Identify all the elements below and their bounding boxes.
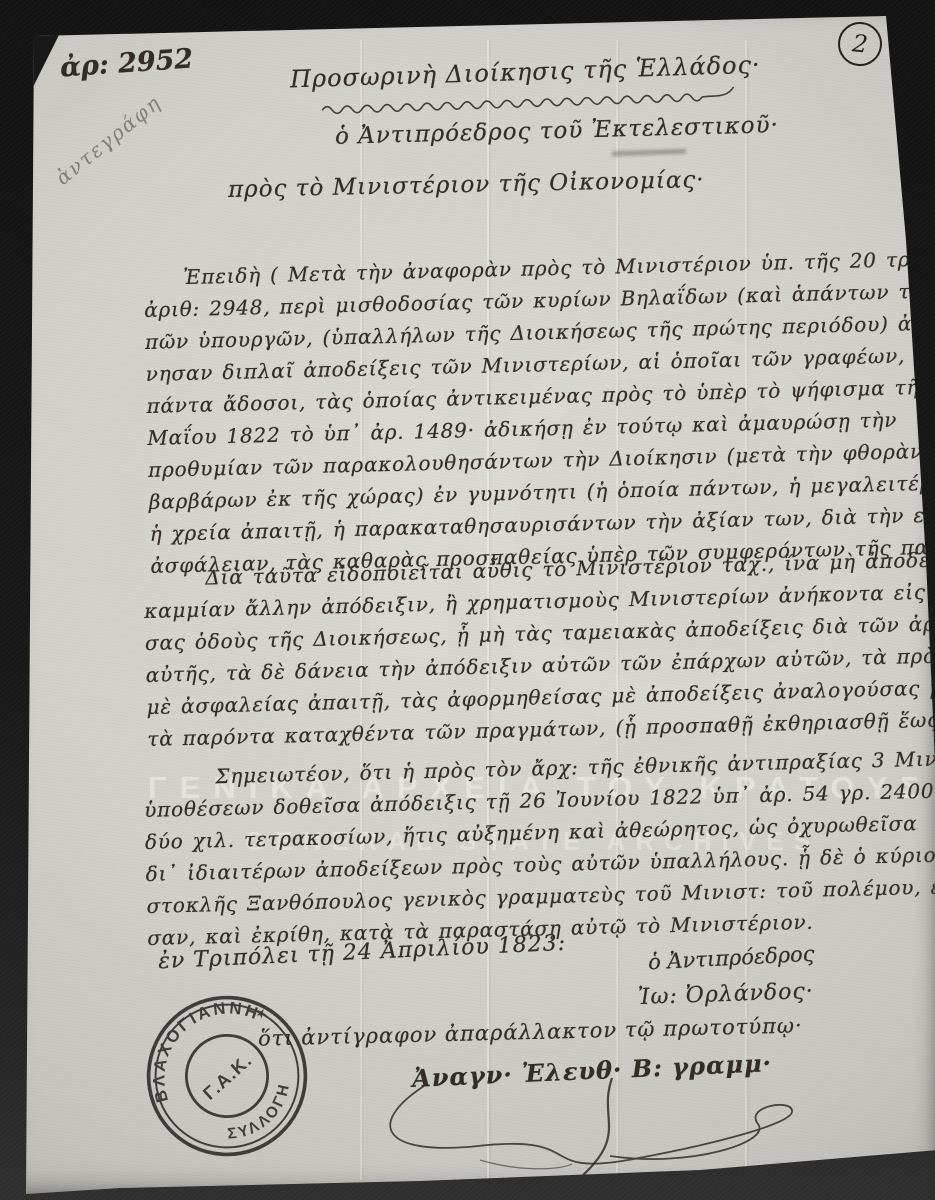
signature-title: ὁ Ἀντιπρόεδρος [647, 942, 815, 975]
corner-fold [30, 33, 60, 93]
collection-seal: ΒΛΑΧΟΓΙΑΝΝΗ ΣΥΛΛΟΓΗ Γ.Α.Κ. ★ [108, 957, 345, 1194]
pencil-annotation: ἀντεγράφη [51, 90, 166, 190]
page-number-badge: 2 [836, 20, 884, 68]
signature-name: Ἰω: Ὀρλάνδος· [638, 979, 815, 1010]
signature-flourish [360, 1072, 830, 1187]
recipient-line: πρὸς τὸ Μινιστέριον τῆς Οἰκονομίας· [228, 167, 705, 203]
certification-line: ὅτι ἀντίγραφον ἀπαράλλακτον τῷ πρωτοτύπῳ… [258, 1013, 803, 1050]
body-paragraph-1: Ἐπειδὴ ( Μετὰ τὴν ἀναφορὰν πρὸς τὸ Μινισ… [143, 243, 933, 582]
document-page: ΓΕΝΙΚΑ ΑΡΧΕΙΑ ΤΟΥ ΚΡΑΤΟΥΣ GENERAL STATE … [0, 0, 935, 1200]
body-paragraph-3: Σημειωτέον, ὅτι ἡ πρὸς τὸν ἄρχ: τῆς ἐθνι… [143, 743, 929, 954]
ink-smudge [612, 149, 686, 157]
seal-center-text: Γ.Α.Κ. [199, 1050, 256, 1104]
scan-background: ΓΕΝΙΚΑ ΑΡΧΕΙΑ ΤΟΥ ΚΡΑΤΟΥΣ GENERAL STATE … [0, 0, 935, 1200]
author-line: ὁ Ἀντιπρόεδρος τοῦ Ἐκτελεστικοῦ· [335, 112, 779, 150]
page-number: 2 [851, 29, 869, 58]
body-paragraph-2: Διὰ ταῦτα εἰδοποιεῖται αὖθις τὸ Μινιστέρ… [143, 544, 929, 755]
archive-number: ἀρ: 2952 [59, 43, 194, 83]
